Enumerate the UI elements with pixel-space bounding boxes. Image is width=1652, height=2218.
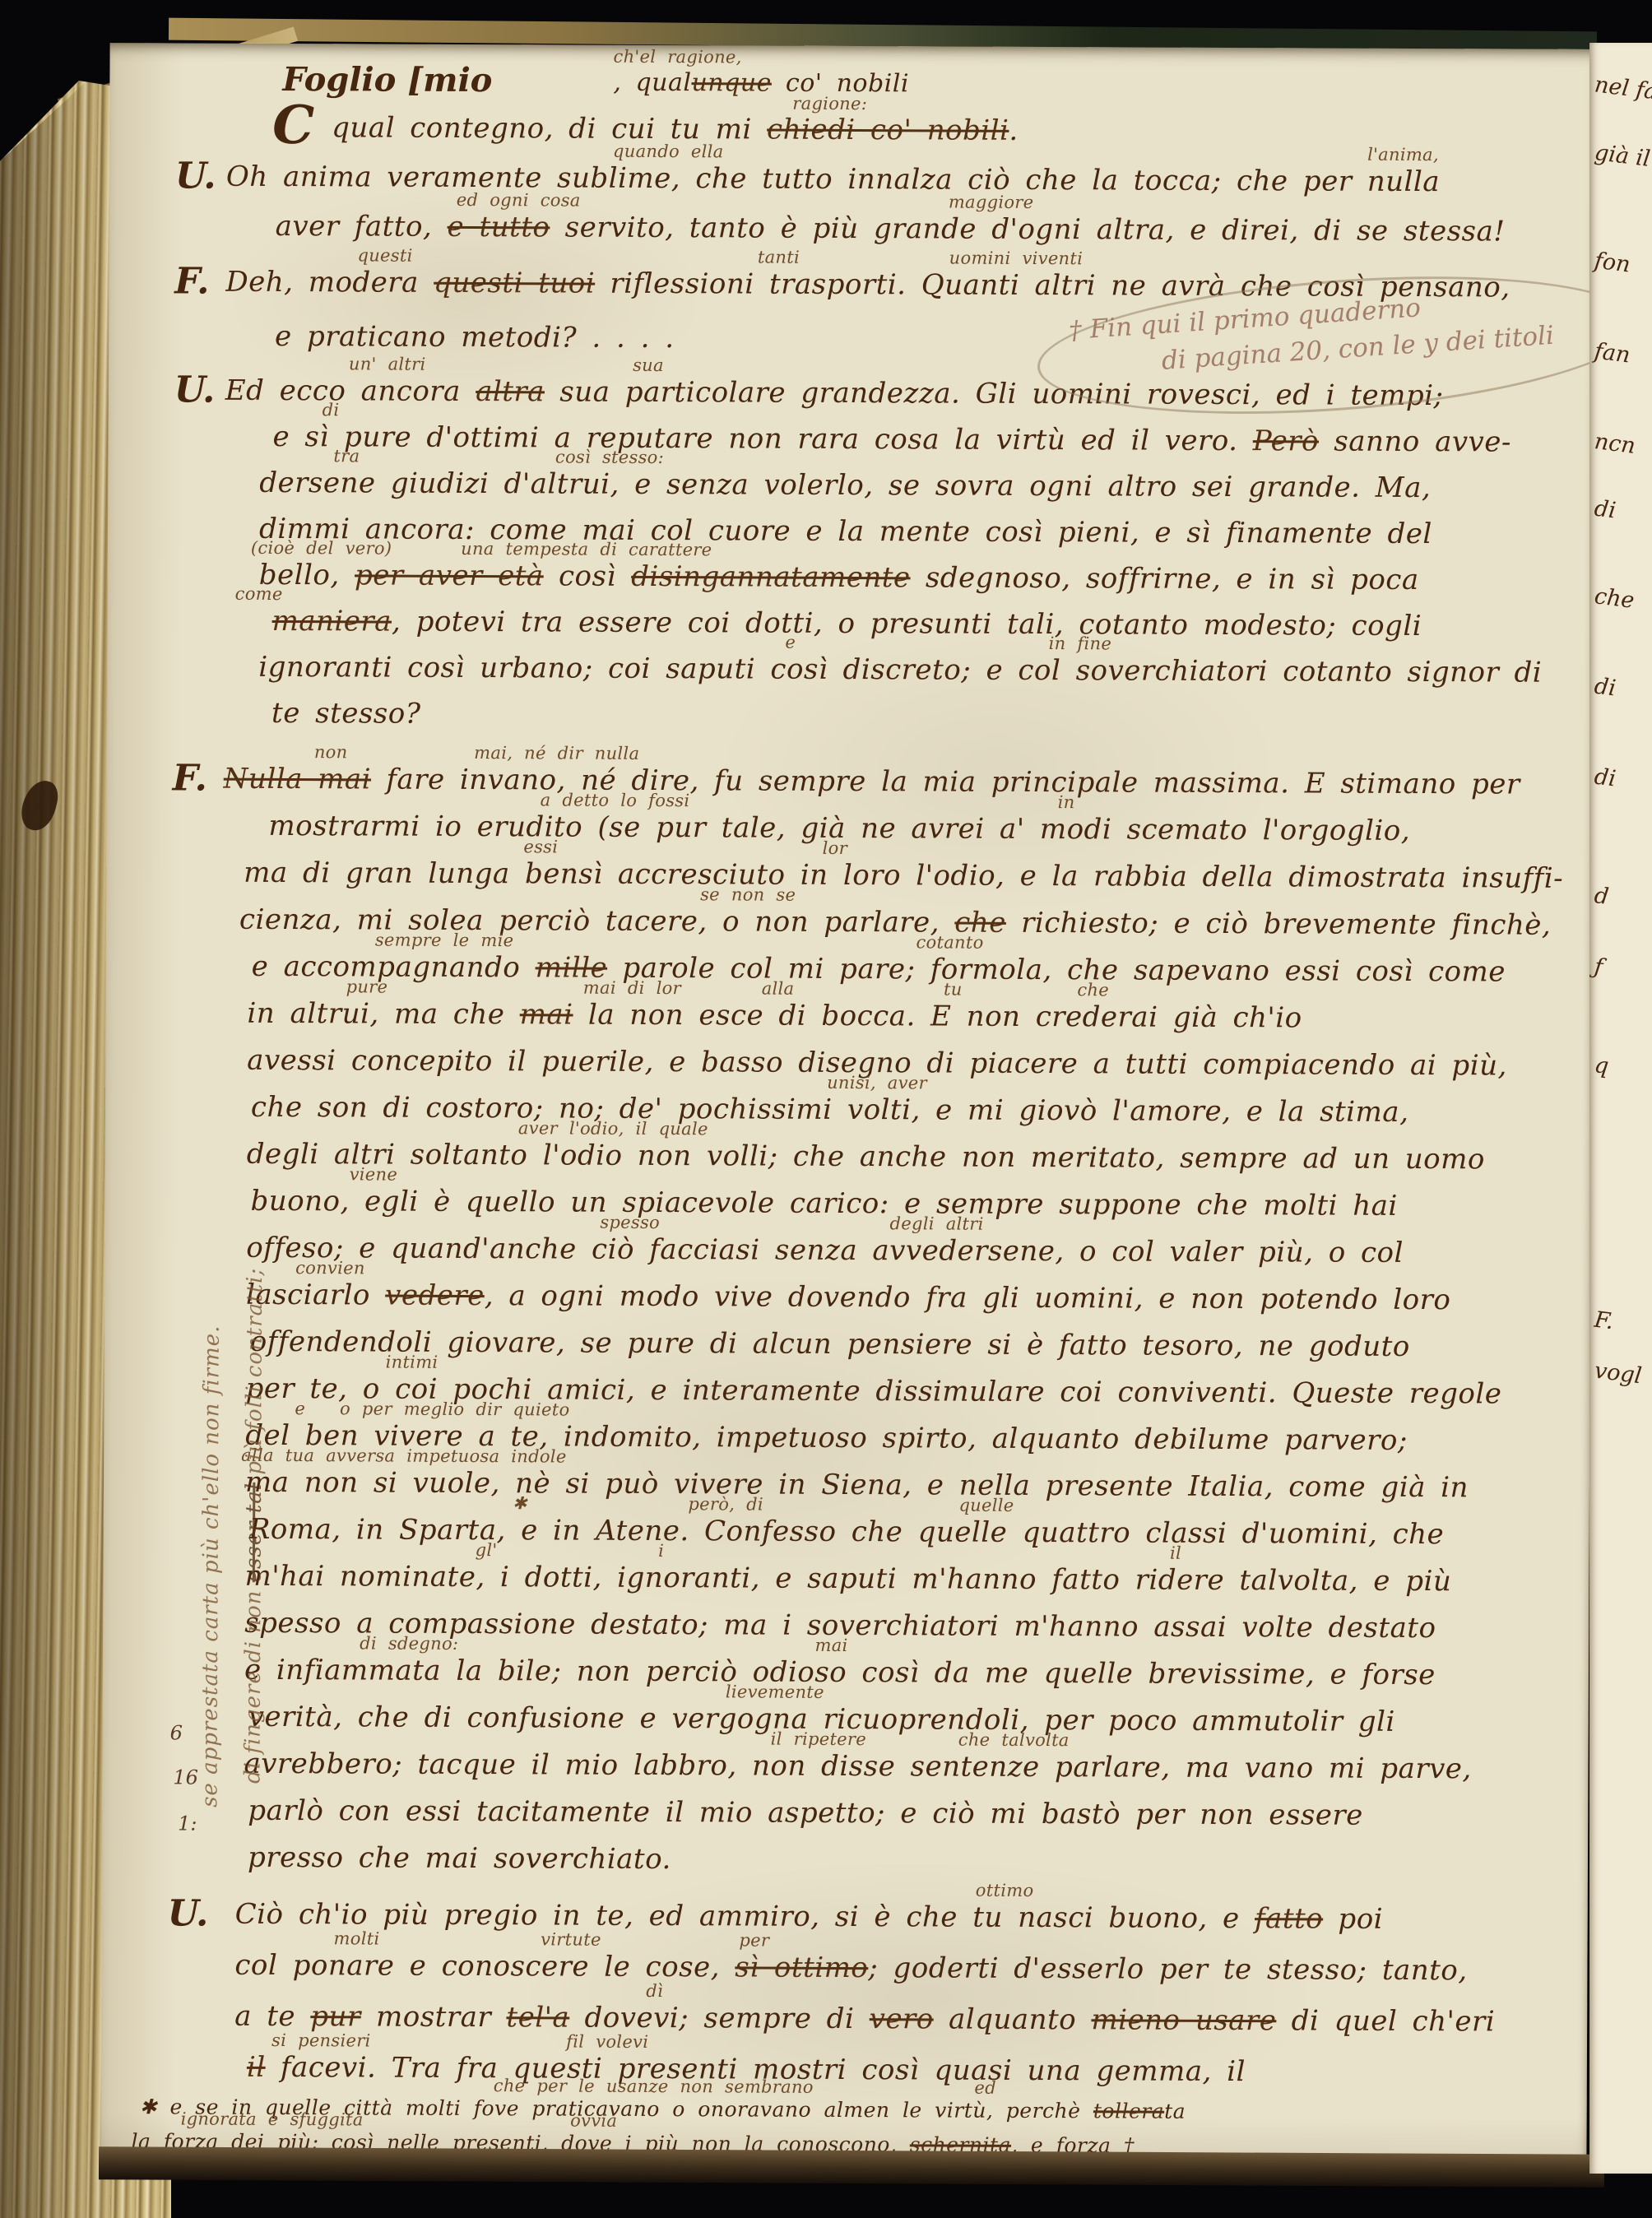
- handwriting-text: ignoranti così urbano; coi saputi così d…: [258, 651, 1542, 689]
- manuscript-line: offendendoli giovare, se pure di alcun p…: [250, 1325, 1566, 1378]
- interlinear-insertion: gl' i il: [476, 1540, 1182, 1563]
- next-page-text-fragment: F.: [1593, 1307, 1615, 1335]
- interlinear-insertion: ignorata e sfuggita ovvia: [181, 2109, 618, 2130]
- manuscript-line: (cioè del vero) una tempesta di caratter…: [259, 559, 1569, 610]
- page-header: Foglio [mio ch'el ragione, , qualunque c…: [227, 57, 1571, 63]
- line-text: e infiammata la bile; non perciò odioso …: [244, 1654, 1436, 1691]
- handwriting-text: alquanto: [934, 2002, 1092, 2036]
- page-bottom-edge: [99, 2146, 1604, 2188]
- interlinear-insertion: ed ogni cosa maggiore: [457, 190, 1034, 212]
- dialogue-paragraph: U.ottimoCiò ch'io più pregio in te, ed a…: [218, 1898, 1563, 2108]
- struck-word: e tutto: [448, 211, 550, 244]
- line-text: degli altri soltanto l'odio non volli; c…: [247, 1138, 1485, 1176]
- manuscript-line: di sdegno: maie infiammata la bile; non …: [244, 1654, 1564, 1706]
- line-text: offeso; e quand'anche ciò facciasi senza…: [246, 1232, 1404, 1269]
- interlinear-insertion: come: [235, 584, 283, 604]
- handwriting-text: sdegnoso, soffrirne, e in sì poca: [910, 561, 1418, 596]
- interlinear-insertion: non mai, né dir nulla: [314, 742, 640, 763]
- vertical-margin-note: se apprestata carta più ch'ello non firm…: [197, 1325, 225, 1807]
- manuscript-line: parlò con essi tacitamente il mio aspett…: [248, 1794, 1563, 1847]
- next-page-text-fragment: vogl: [1593, 1358, 1643, 1390]
- speaker-letter: F.: [173, 757, 207, 799]
- handwriting-text: sanno avve-: [1319, 425, 1511, 458]
- interlinear-insertion: se non se: [700, 884, 796, 905]
- manuscript-line: e in fineignoranti così urbano; coi sapu…: [258, 651, 1568, 703]
- interlinear-insertion: lievemente: [726, 1682, 824, 1702]
- interlinear-insertion: molti virtute per: [334, 1928, 770, 1950]
- manuscript-line: pure mai di lor alla tu chein altrui, ma…: [247, 997, 1566, 1050]
- line-text: col ponare e conoscere le cose, sì ottim…: [234, 1949, 1467, 1988]
- edge-mark: 16: [173, 1766, 198, 1789]
- next-page-text-fragment: di: [1593, 674, 1617, 702]
- struck-word: il: [247, 2051, 266, 2084]
- handwriting-text: e praticano metodi? . . . .: [275, 320, 675, 355]
- interlinear-insertion: e in fine: [785, 633, 1111, 654]
- line-text: che son di costoro; no; de' pochissimi v…: [251, 1091, 1409, 1129]
- folio-label: Foglio [mio: [282, 60, 492, 100]
- handwriting-text: , qual: [613, 68, 691, 97]
- struck-word: sì ottimo: [735, 1951, 868, 1984]
- manuscript-line: unisi, averche son di costoro; no; de' p…: [251, 1091, 1566, 1144]
- struck-word: esser tal: [241, 1483, 267, 1583]
- next-page-sliver: nel fagià ilfonfanncndichedididƒqF.vogl: [1589, 43, 1652, 2174]
- struck-word: altra: [476, 375, 545, 408]
- speaker-letter: U.: [168, 1892, 209, 1934]
- struck-word: disingannatamente: [631, 560, 911, 594]
- interlinear-insertion: un' altri sua: [349, 354, 664, 375]
- line-text: e praticano metodi? . . . .: [275, 320, 675, 355]
- struck-word: maniera: [271, 605, 392, 638]
- edge-mark: 6: [170, 1721, 183, 1744]
- interlinear-insertion: unisi, aver: [827, 1073, 927, 1093]
- manuscript-line: a detto lo fossi inmostrarmi io erudito …: [268, 810, 1567, 862]
- line-text: parlò con essi tacitamente il mio aspett…: [248, 1794, 1363, 1832]
- line-text: te stesso?: [271, 697, 421, 731]
- handwriting-text: qual contegno, di cui tu mi: [332, 111, 767, 146]
- interlinear-insertion: intimi: [386, 1353, 439, 1372]
- interlinear-insertion: essi lor: [523, 837, 847, 858]
- next-page-text-fragment: già il: [1593, 140, 1651, 172]
- edge-mark: 1:: [178, 1812, 197, 1835]
- handwriting-text: ma di gran lunga bensì accresciuto in lo…: [244, 856, 1563, 895]
- interlinear-insertion: di sdegno: mai: [360, 1633, 848, 1655]
- interlinear-insertion: viene: [350, 1164, 398, 1184]
- handwriting-text: e infiammata la bile; non perciò odioso …: [244, 1654, 1436, 1691]
- line-text: aver fatto, e tutto servito, tanto è più…: [276, 210, 1506, 248]
- interlinear-insertion: si pensieri fil volevi: [271, 2030, 648, 2052]
- handwriting-text: in altrui, ma che: [247, 997, 519, 1031]
- interlinear-insertion: ottimo: [976, 1881, 1034, 1900]
- interlinear-insertion: a detto lo fossi in: [541, 790, 1075, 812]
- handwritten-text-layer: Foglio [mio ch'el ragione, , qualunque c…: [100, 43, 1595, 2169]
- next-page-text-fragment: nel fa: [1593, 72, 1652, 104]
- interlinear-insertion: tra così stesso:: [333, 446, 664, 467]
- speaker-letter: U.: [175, 155, 216, 197]
- struck-word: tel'a: [506, 2001, 569, 2034]
- handwriting-text: , a ogni modo vive dovendo fra gli uomin…: [485, 1279, 1451, 1316]
- next-page-text-fragment: d: [1593, 883, 1610, 910]
- line-text: presso che mai soverchiato.: [248, 1841, 671, 1876]
- manuscript-page: Foglio [mio ch'el ragione, , qualunque c…: [100, 43, 1595, 2169]
- handwriting-text: degli altri soltanto l'odio non volli; c…: [247, 1138, 1485, 1176]
- interlinear-insertion: spesso degli altri: [600, 1213, 983, 1234]
- struck-word: pur: [310, 2000, 361, 2033]
- handwriting-text: servito, tanto è più grande d'ogni altra…: [550, 211, 1505, 248]
- line-text: bello, per aver età così disingannatamen…: [259, 559, 1419, 596]
- header-line-above: ragione:: [792, 94, 867, 114]
- handwriting-text: aver fatto,: [276, 210, 448, 244]
- interlinear-insertion: ✱ però, di quelle: [513, 1493, 1014, 1515]
- manuscript-line: essi lorma di gran lunga bensì accresciu…: [244, 856, 1567, 909]
- interlinear-insertion: che per le usanze non sembrano ed: [494, 2076, 996, 2098]
- interlinear-insertion: convien: [295, 1258, 365, 1278]
- line-text: lasciarlo vedere, a ogni modo vive doven…: [246, 1278, 1451, 1316]
- handwriting-text: Deh, modera: [225, 266, 434, 299]
- interlinear-insertion: il ripetere che talvolta: [771, 1729, 1070, 1751]
- interlinear-insertion: alla tua avversa impetuosa indole: [241, 1445, 567, 1467]
- handwriting-text: dovevi; sempre di: [569, 2002, 870, 2036]
- handwriting-text: la non esce di bocca. E non crederai già…: [573, 999, 1302, 1035]
- line-text: in altrui, ma che mai la non esce di boc…: [247, 997, 1302, 1035]
- next-page-text-fragment: di: [1593, 764, 1617, 792]
- line-text: ma di gran lunga bensì accresciuto in lo…: [244, 856, 1563, 895]
- manuscript-line: tra così stesso:dersene giudizi d'altrui…: [259, 466, 1569, 518]
- interlinear-insertion: di: [323, 400, 340, 420]
- next-page-text-fragment: di: [1593, 496, 1617, 524]
- handwriting-text: Ed ecco ancora: [225, 374, 476, 408]
- handwriting-text: poi: [1323, 1903, 1383, 1936]
- handwriting-text: mostrar: [361, 2000, 507, 2034]
- struck-word: questi tuoi: [434, 267, 595, 300]
- handwriting-text: m'hai nominate, i dotti, ignoranti, e sa…: [244, 1560, 1451, 1598]
- handwriting-text: te stesso?: [271, 697, 421, 731]
- next-page-text-fragment: q: [1593, 1052, 1610, 1079]
- manuscript-line: gl' i ilm'hai nominate, i dotti, ignoran…: [244, 1560, 1564, 1612]
- manuscript-line: convienlasciarlo vedere, a ogni modo viv…: [246, 1278, 1566, 1331]
- handwriting-text: presso che mai soverchiato.: [248, 1841, 671, 1876]
- manuscript-line: il ripetere che talvoltaavrebbero; tacqu…: [244, 1747, 1563, 1800]
- struck-word: per aver età: [355, 559, 544, 592]
- line-text: ignoranti così urbano; coi saputi così d…: [258, 651, 1542, 689]
- vertical-margin-note: di fingere di non esser tal più folli co…: [240, 1268, 267, 1784]
- interlinear-insertion: e o per meglio dir quieto: [295, 1399, 569, 1419]
- struck-word: unque: [691, 68, 772, 97]
- struck-word: mai: [520, 998, 573, 1031]
- speaker-letter: U.: [174, 369, 216, 411]
- handwriting-text: avrebbero; tacque il mio labbro, non dis…: [244, 1747, 1471, 1786]
- dialogue-paragraph: F.non mai, né dir nullaNulla mai fare in…: [219, 763, 1568, 1894]
- handwriting-text: richiesto; e ciò brevemente finchè,: [1006, 907, 1552, 942]
- handwriting-text: offeso; e quand'anche ciò facciasi senza…: [246, 1232, 1404, 1269]
- line-text: dersene giudizi d'altrui, e senza volerl…: [259, 466, 1431, 504]
- handwriting-text: più folli contratti;: [242, 1268, 267, 1483]
- manuscript-line: spesso degli altrioffeso; e quand'anche …: [246, 1232, 1566, 1284]
- interlinear-insertion: quando ella l'anima,: [613, 142, 1439, 165]
- manuscript-line: te stesso?: [271, 697, 1568, 749]
- handwriting-text: dersene giudizi d'altrui, e senza volerl…: [259, 466, 1431, 504]
- struck-word: tollera: [1093, 2099, 1164, 2123]
- struck-word: fatto: [1255, 1902, 1323, 1935]
- interlinear-insertion: aver l'odio, il quale: [518, 1118, 708, 1139]
- handwriting-text: col ponare e conoscere le cose,: [234, 1949, 735, 1984]
- next-page-text-fragment: ƒ: [1593, 954, 1604, 981]
- handwriting-text: così: [544, 559, 632, 592]
- next-page-text-fragment: fan: [1593, 338, 1631, 368]
- next-page-text-fragment: fon: [1593, 248, 1631, 277]
- header-initial-c: C: [272, 95, 314, 156]
- manuscript-line: aver l'odio, il qualedegli altri soltant…: [247, 1138, 1566, 1190]
- next-page-text-fragment: che: [1593, 583, 1636, 614]
- handwriting-text: di quel ch'eri: [1276, 2004, 1495, 2038]
- interlinear-insertion: sempre le mie cotanto: [375, 930, 984, 952]
- header-insertion-above: ch'el ragione,: [614, 47, 742, 67]
- line-text: avrebbero; tacque il mio labbro, non dis…: [244, 1747, 1471, 1786]
- line-text: m'hai nominate, i dotti, ignoranti, e sa…: [244, 1560, 1451, 1598]
- handwriting-text: a te: [234, 2000, 310, 2033]
- struck-word: vedere: [385, 1279, 485, 1313]
- dialogue-paragraph: U.un' altri suaEd ecco ancora altra sua …: [224, 374, 1570, 749]
- speaker-letter: F.: [174, 260, 209, 302]
- struck-word: vero: [870, 2002, 934, 2035]
- struck-word: Nulla mai: [224, 763, 372, 796]
- manuscript-line: molti virtute percol ponare e conoscere …: [234, 1949, 1562, 2006]
- struck-word: Però: [1253, 425, 1319, 457]
- handwriting-text: ta: [1164, 2100, 1186, 2123]
- struck-word: mieno usare: [1091, 2003, 1276, 2037]
- handwriting-text: di fingere di non: [240, 1582, 266, 1784]
- handwriting-text: ; goderti d'esserlo per te stesso; tanto…: [868, 1951, 1467, 1987]
- handwriting-text: parlò con essi tacitamente il mio aspett…: [248, 1794, 1363, 1832]
- manuscript-photo: Foglio [mio ch'el ragione, , qualunque c…: [0, 0, 1652, 2218]
- interlinear-insertion: questi tanti uomini viventi: [357, 245, 1083, 268]
- interlinear-insertion: (cioè del vero) una tempesta di caratter…: [251, 538, 712, 559]
- manuscript-line: presso che mai soverchiato.: [248, 1841, 1563, 1894]
- interlinear-insertion: dì: [646, 1981, 663, 2001]
- interlinear-insertion: pure mai di lor alla tu che: [346, 977, 1109, 1000]
- next-page-text-fragment: ncn: [1593, 429, 1636, 459]
- handwriting-text: che son di costoro; no; de' pochissimi v…: [251, 1091, 1409, 1129]
- handwriting-text: se apprestata carta più ch'ello non firm…: [197, 1325, 225, 1807]
